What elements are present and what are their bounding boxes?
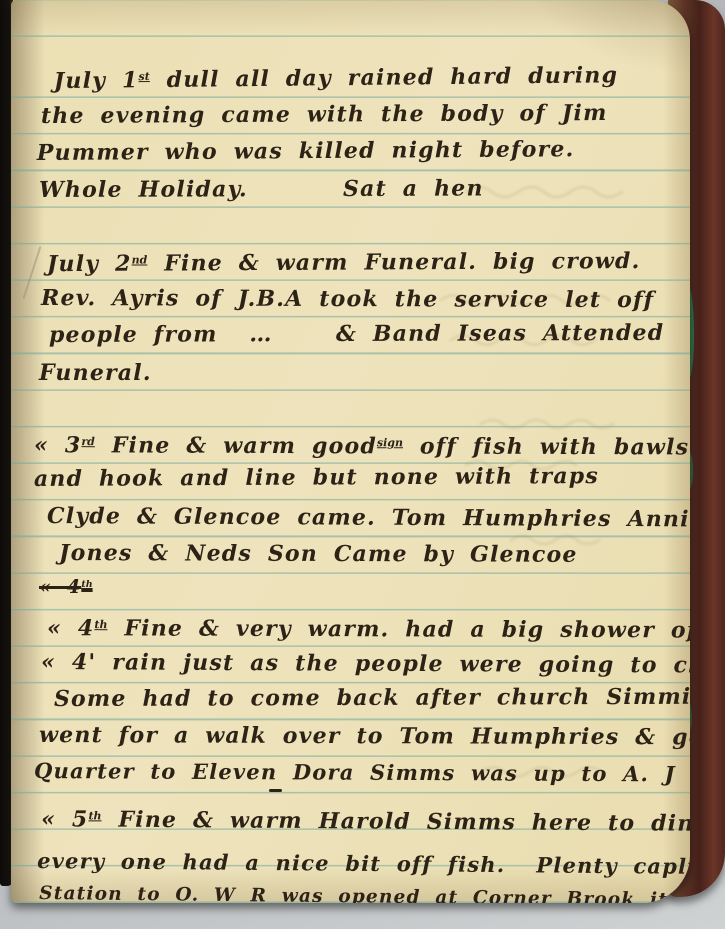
diary-line: « 5th Fine & warm Harold Simms here to d…	[41, 798, 690, 842]
diary-line: July 2nd Fine & warm Funeral. big crowd.	[47, 240, 641, 282]
diary-line: the evening came with the body of Jim	[41, 95, 608, 134]
diary-line: Clyde & Glencoe came. Tom Humphries Anni…	[47, 498, 690, 537]
diary-line: Pummer who was killed night before.	[37, 131, 575, 171]
diary-line: Whole Holiday. Sat a hen	[39, 170, 484, 208]
diary-line: reaktion	[596, 893, 678, 903]
text-layer: July 1st dull all day rained hard during…	[11, 0, 690, 903]
diary-line: and hook and line but none with traps	[34, 458, 599, 497]
diary-line: « 4th	[39, 567, 94, 605]
diary-line: Quarter to Eleven Dora Simms was up to A…	[34, 753, 690, 793]
underline-dash-dora	[269, 789, 282, 792]
diary-line: « 4' rain just as the people were going …	[41, 644, 690, 684]
diary-line: Jones & Neds Son Came by Glencoe	[59, 535, 578, 573]
diary-line: went for a walk over to Tom Humphries & …	[39, 717, 690, 756]
superscript-annotation: nd	[132, 253, 149, 266]
diary-line: Funeral.	[39, 355, 152, 391]
diary-line: people from … & Band Iseas Attended	[49, 315, 664, 353]
superscript-annotation: sign	[377, 436, 404, 449]
superscript-annotation: th	[94, 618, 108, 631]
superscript-annotation: rd	[81, 435, 96, 448]
photo-background: July 1st dull all day rained hard during…	[0, 0, 725, 929]
diary-line: Rev. Ayris of J.B.A took the service let…	[41, 280, 654, 318]
superscript-annotation: st	[138, 70, 150, 83]
superscript-annotation: th	[81, 579, 93, 590]
superscript-annotation: th	[88, 809, 102, 822]
diary-line: « 4th Fine & very warm. had a big shower…	[47, 607, 690, 648]
diary-line: July 1st dull all day rained hard during	[54, 54, 619, 99]
diary-page: July 1st dull all day rained hard during…	[11, 0, 690, 903]
diary-line: Some had to come back after church Simmi…	[54, 678, 690, 717]
